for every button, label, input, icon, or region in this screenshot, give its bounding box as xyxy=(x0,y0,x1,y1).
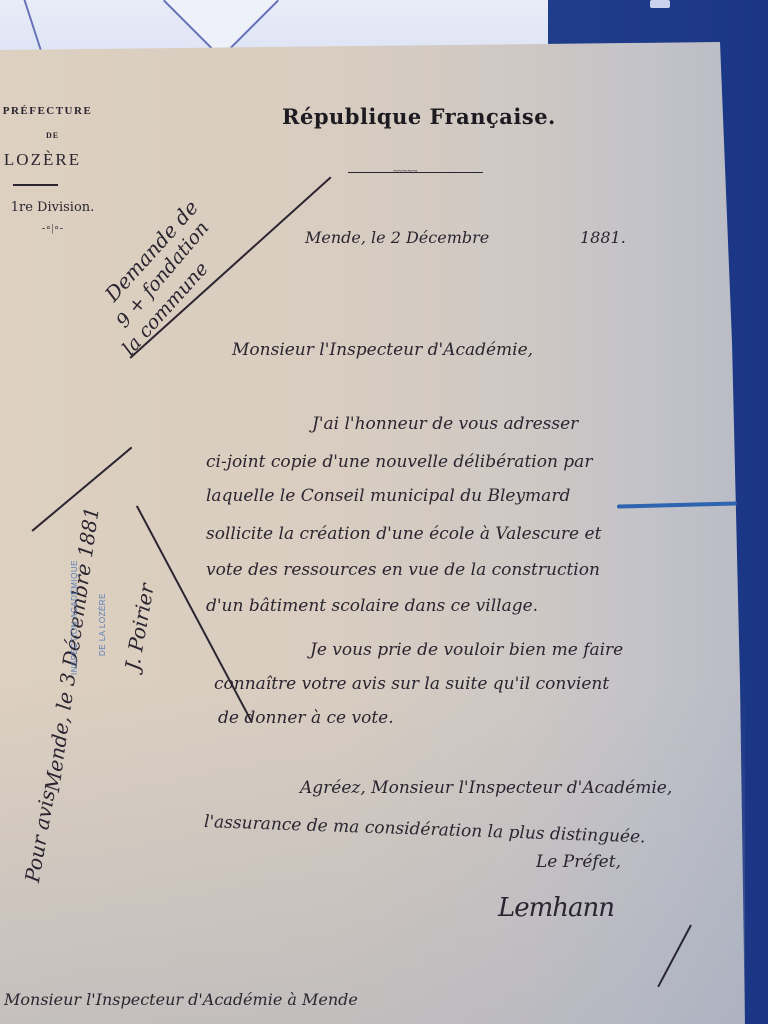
body-line: d'un bâtiment scolaire dans ce village. xyxy=(206,596,538,616)
place-date: Mende, le 2 Décembre xyxy=(305,228,489,247)
body-line: sollicite la création d'une école à Vale… xyxy=(206,524,601,544)
de-label: DE xyxy=(0,131,105,140)
stamp-line-1: INSPECTION ACADÉMIQUE xyxy=(70,560,79,675)
envelope xyxy=(0,0,548,50)
body-line: J'ai l'honneur de vous adresser xyxy=(312,414,578,434)
prefect-signature: Lemhann xyxy=(498,893,614,923)
salutation: Monsieur l'Inspecteur d'Académie, xyxy=(232,340,533,360)
envelope-flap xyxy=(163,0,279,50)
letterhead: PRÉFECTURE DE LOZÈRE 1re Division. -∘|∘- xyxy=(0,105,105,234)
body-line: connaître votre avis sur la suite qu'il … xyxy=(214,674,609,694)
signature-title: Le Préfet, xyxy=(536,852,621,872)
closing-line: Agréez, Monsieur l'Inspecteur d'Académie… xyxy=(300,778,672,798)
body-line: laquelle le Conseil municipal du Bleymar… xyxy=(206,486,570,506)
division-label: 1re Division. xyxy=(0,200,105,215)
body-line: vote des ressources en vue de la constru… xyxy=(206,560,600,580)
letterhead-rule xyxy=(13,184,58,186)
body-line: ci-joint copie d'une nouvelle délibérati… xyxy=(206,452,592,472)
address-footer: Monsieur l'Inspecteur d'Académie à Mende xyxy=(4,990,358,1009)
prefecture-label: PRÉFECTURE xyxy=(0,105,105,117)
department-name: LOZÈRE xyxy=(0,150,105,170)
title-ornament: ~~~~~ xyxy=(393,166,417,176)
paper-clip xyxy=(650,0,670,8)
letterhead-ornament: -∘|∘- xyxy=(0,223,105,234)
envelope-fold xyxy=(20,0,131,50)
header-title: République Française. xyxy=(282,104,556,129)
body-line: Je vous prie de vouloir bien me faire xyxy=(310,640,623,660)
stamp-line-2: DE LA LOZÈRE xyxy=(98,593,107,656)
date-year: 1881. xyxy=(580,228,626,247)
